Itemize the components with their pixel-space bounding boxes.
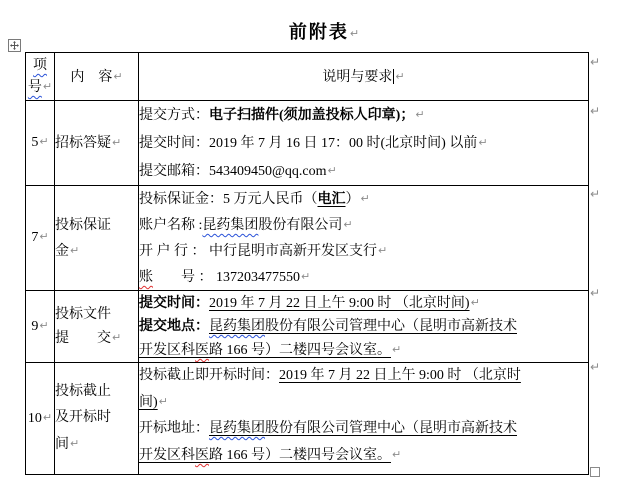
content-text: 投标文件 [55,307,111,322]
content-text: 提 交 [55,331,111,346]
header-no-line2: 号↵ [26,76,54,98]
title-text: 前附表 [289,22,349,42]
text-line: 提交时间：2019 年 7 月 22 日上午 9:00 时 （北京时间)↵ [139,291,588,315]
item-no-cell[interactable]: 10↵ [26,363,55,475]
table-row-10: 10↵ 投标截止 及开标时 间↵ 投标截止即开标时间：2019 年 7 月 22… [26,363,589,475]
item-no: 9 [31,319,38,334]
table-resize-handle[interactable] [590,467,600,477]
run: ） [346,192,360,207]
paragraph-mark: ↵ [361,192,370,205]
header-no-text2: 号 [28,80,42,95]
table-row-9: 9↵ 投标文件 提 交↵ 提交时间：2019 年 7 月 22 日上午 9:00… [26,291,589,363]
content-text: 投标保证 [55,218,111,233]
paragraph-mark: ↵ [590,286,600,300]
run: 提交时间：2019 年 7 月 16 日 17：00 时(北京时间) 以前 [139,136,477,151]
detail-cell[interactable]: 提交时间：2019 年 7 月 22 日上午 9:00 时 （北京时间)↵ 提交… [139,291,589,363]
run-underline: 2019 年 7 月 22 日上午 9:00 时 （北京时间) [209,296,470,311]
detail-cell[interactable]: 提交方式：电子扫描件(须加盖投标人印章)；↵ 提交时间：2019 年 7 月 1… [139,101,589,186]
content-line: 金↵ [55,238,138,264]
paragraph-mark: ↵ [328,164,337,177]
run-underline-spellcheck: 昆药集团 [209,421,265,436]
paragraph-mark: ↵ [43,80,52,93]
paragraph-mark: ↵ [350,27,359,40]
run-bold-underline: 电汇 [318,192,346,207]
run: 开 户 行 ： 中行昆明市高新开发区支行 [139,244,377,259]
item-no-cell[interactable]: 9↵ [26,291,55,363]
content-line: 招标答疑↵ [55,129,138,157]
item-no-cell[interactable]: 5↵ [26,101,55,186]
paragraph-mark: ↵ [113,70,122,83]
header-row: 项 号↵ 内 容↵ 说明与要求↵ [26,53,589,101]
text-line: 开标地址：昆药集团股份有限公司管理中心（昆明市高新技术 [139,416,588,442]
content-line: 投标截止 [55,379,138,405]
text-line: 间)↵ [139,389,588,416]
run: 号 ： 137203477550 [153,270,300,285]
paragraph-mark: ↵ [590,55,600,69]
paragraph-mark: ↵ [590,104,600,118]
header-detail-text: 说明与要求 [322,70,392,85]
text-line: 提交时间：2019 年 7 月 16 日 17：00 时(北京时间) 以前↵ [139,129,588,157]
item-no: 7 [31,230,38,245]
paragraph-mark: ↵ [471,296,480,309]
paragraph-mark: ↵ [590,360,600,374]
run: 账户名称 : [139,218,202,233]
document-page: 前附表↵ 项 号↵ 内 容↵ 说明与要求↵ 5↵ 招标答疑↵ 提交方式：电子扫描… [0,0,629,480]
paragraph-mark: ↵ [39,319,48,332]
paragraph-mark: ↵ [301,270,310,283]
run-underline: 2019 年 7 月 22 日上午 9:00 时 （北京时 [279,368,521,383]
paragraph-mark: ↵ [112,136,121,149]
text-line: 账 号 ： 137203477550↵ [139,264,588,290]
text-line: 提交邮箱：543409450@qq.com↵ [139,157,588,185]
run-underline: 开发区科 [139,343,195,358]
header-content-text: 内 容 [70,70,112,85]
paragraph-mark: ↵ [590,187,600,201]
text-line: 开发区科医路 166 号）二楼四号会议室。↵ [139,338,588,362]
item-no: 10 [28,411,42,426]
paragraph-mark: ↵ [112,331,121,344]
run-underline: 股份有限公司管理中心（昆明市高新技术 [265,319,517,334]
run-underline: 开发区科 [139,448,195,463]
content-cell[interactable]: 投标保证 金↵ [55,186,139,291]
text-line: 投标截止即开标时间：2019 年 7 月 22 日上午 9:00 时 （北京时 [139,363,588,389]
content-text: 投标截止 [55,384,111,399]
table-move-handle[interactable] [8,39,21,52]
paragraph-mark: ↵ [159,395,168,408]
paragraph-mark: ↵ [478,136,487,149]
run: 开标地址： [139,421,209,436]
header-item-no-cell[interactable]: 项 号↵ [26,53,55,101]
table-row-5: 5↵ 招标答疑↵ 提交方式：电子扫描件(须加盖投标人印章)；↵ 提交时间：201… [26,101,589,186]
run: 提交方式： [139,108,209,123]
content-text: 招标答疑 [55,136,111,151]
table-row-7: 7↵ 投标保证 金↵ 投标保证金：5 万元人民币（电汇）↵ 账户名称 :昆药集团… [26,186,589,291]
paragraph-mark: ↵ [70,437,79,450]
content-line: 投标保证 [55,213,138,238]
run-spellcheck: 昆药集团 [202,218,258,233]
paragraph-mark: ↵ [70,244,79,257]
paragraph-mark: ↵ [378,244,387,257]
run-bold: 提交时间： [139,296,209,311]
run-underline-spellcheck: 昆药集团 [209,319,265,334]
text-line: 开发区科医路 166 号）二楼四号会议室。↵ [139,442,588,469]
text-line: 开 户 行 ： 中行昆明市高新开发区支行↵ [139,238,588,264]
run-bold: 提交地点： [139,319,209,334]
detail-cell[interactable]: 投标保证金：5 万元人民币（电汇）↵ 账户名称 :昆药集团股份有限公司↵ 开 户… [139,186,589,291]
content-text: 间 [55,437,69,452]
text-line: 提交方式：电子扫描件(须加盖投标人印章)；↵ [139,101,588,129]
run-underline: 股份有限公司管理中心（昆明市高新技术 [265,421,517,436]
content-text: 金 [55,244,69,259]
paragraph-mark: ↵ [392,343,401,356]
header-no-line1: 项 [26,55,54,76]
header-content-cell[interactable]: 内 容↵ [55,53,139,101]
run-underline: 路 166 号）二楼四号会议室。 [209,343,391,358]
content-text: 及开标时 [55,410,111,425]
item-no: 5 [31,135,38,150]
paragraph-mark: ↵ [392,448,401,461]
run: 投标保证金：5 万元人民币（ [139,192,318,207]
document-title[interactable]: 前附表↵ [30,18,618,44]
text-line: 账户名称 :昆药集团股份有限公司↵ [139,212,588,238]
header-detail-cell[interactable]: 说明与要求↵ [139,53,589,101]
text-line: 提交地点：昆药集团股份有限公司管理中心（昆明市高新技术 [139,315,588,338]
content-cell[interactable]: 投标截止 及开标时 间↵ [55,363,139,475]
text-line: 投标保证金：5 万元人民币（电汇）↵ [139,186,588,212]
detail-cell[interactable]: 投标截止即开标时间：2019 年 7 月 22 日上午 9:00 时 （北京时 … [139,363,589,475]
run: 投标截止即开标时间： [139,368,279,383]
bid-info-table: 项 号↵ 内 容↵ 说明与要求↵ 5↵ 招标答疑↵ 提交方式：电子扫描件(须加盖… [25,52,589,475]
run-spellcheck: 账 [139,270,153,285]
content-cell[interactable]: 投标文件 提 交↵ [55,291,139,363]
move-arrows-icon [10,37,19,55]
paragraph-mark: ↵ [343,218,352,231]
item-no-cell[interactable]: 7↵ [26,186,55,291]
run-underline-spellcheck: 医 [195,448,209,463]
content-line: 间↵ [55,431,138,458]
run: 提交邮箱：543409450@qq.com [139,164,327,179]
run-bold: 电子扫描件(须加盖投标人印章)； [209,108,414,123]
paragraph-mark: ↵ [43,411,52,424]
content-cell[interactable]: 招标答疑↵ [55,101,139,186]
paragraph-mark: ↵ [395,70,404,83]
paragraph-mark: ↵ [415,108,424,121]
run-underline-spellcheck: 医 [195,343,209,358]
content-line: 及开标时 [55,405,138,431]
content-line: 提 交↵ [55,326,138,350]
paragraph-mark: ↵ [39,135,48,148]
paragraph-mark: ↵ [39,230,48,243]
content-line: 投标文件 [55,303,138,326]
header-no-text: 项 [33,58,47,73]
run: 股份有限公司 [258,218,342,233]
run-underline: 路 166 号）二楼四号会议室。 [209,448,391,463]
run-underline: 间) [139,395,158,410]
